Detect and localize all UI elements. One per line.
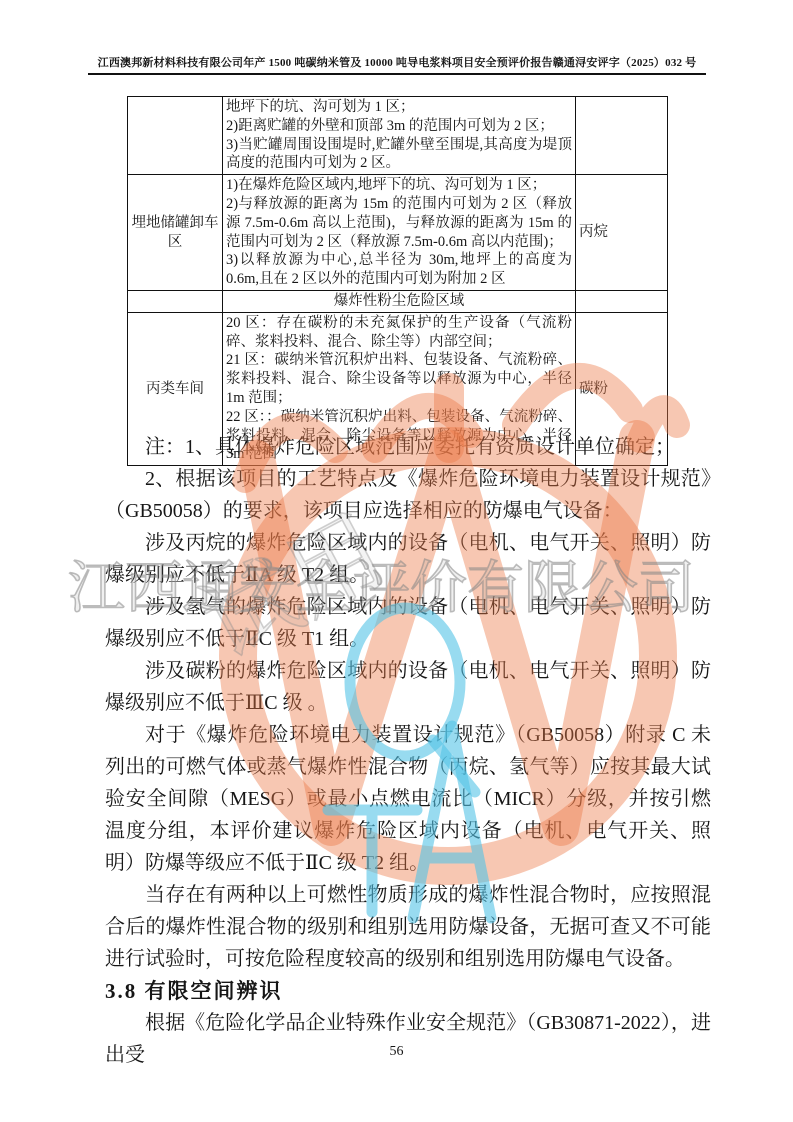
page-number: 56 [0,1044,793,1060]
para-gb50058-appendix: 对于《爆炸危险环境电力装置设计规范》（GB50058）附录 C 未列出的可燃气体… [105,719,711,879]
zone-item: 2)距离贮罐的外壁和顶部 3m 的范围内可划为 2 区； [226,117,572,136]
section-heading: 3.8 有限空间辨识 [105,975,711,1007]
table-row-dust-header: 爆炸性粉尘危险区域 [128,290,668,312]
hazard-zone-table: 地坪下的坑、沟可划为 1 区； 2)距离贮罐的外壁和顶部 3m 的范围内可划为 … [127,96,668,466]
note-2: 2、根据该项目的工艺特点及《爆炸危险环境电力装置设计规范》（GB50058）的要… [105,463,711,527]
body-text: 注：1、具体爆炸危险区域范围应委托有资质设计单位确定； 2、根据该项目的工艺特点… [105,431,711,1071]
substance-cell [576,290,668,312]
zone-cell: 地坪下的坑、沟可划为 1 区； 2)距离贮罐的外壁和顶部 3m 的范围内可划为 … [223,97,576,175]
substance-cell [576,97,668,175]
zone-item: 20 区：存在碳粉的未充氮保护的生产设备（气流粉碎、浆料投料、混合、除尘等）内部… [226,314,572,352]
para-propane: 涉及丙烷的爆炸危险区域内的设备（电机、电气开关、照明）防爆级别应不低于ⅡA 级 … [105,527,711,591]
zone-cell: 1)在爆炸危险区域内,地坪下的坑、沟可划为 1 区； 2)与释放源的距离为 15… [223,175,576,291]
para-carbon-dust: 涉及碳粉的爆炸危险区域内的设备（电机、电气开关、照明）防爆级别应不低于ⅢC 级 … [105,655,711,719]
table-row-buried-tank: 埋地储罐卸车区 1)在爆炸危险区域内,地坪下的坑、沟可划为 1 区； 2)与释放… [128,175,668,291]
area-cell [128,97,223,175]
substance-cell: 丙烷 [576,175,668,291]
note-1: 注：1、具体爆炸危险区域范围应委托有资质设计单位确定； [105,431,711,463]
zone-item: 1)在爆炸危险区域内,地坪下的坑、沟可划为 1 区； [226,176,572,195]
zone-item: 21 区：碳纳米管沉积炉出料、包装设备、气流粉碎、浆料投料、混合、除尘设备等以释… [226,351,572,407]
document-page: 江西澳邦新材料科技有限公司年产 1500 吨碳纳米管及 10000 吨导电浆料项… [0,0,793,1122]
zone-item: 地坪下的坑、沟可划为 1 区； [226,98,572,117]
area-cell: 埋地储罐卸车区 [128,175,223,291]
dust-zone-span-header: 爆炸性粉尘危险区域 [223,290,576,312]
zone-item: 3)当贮罐周围设围堤时,贮罐外壁至围堤,其高度为堤顶高度的范围内可划为 2 区。 [226,136,572,174]
zone-item: 3)以释放源为中心,总半径为 30m,地坪上的高度为 0.6m,且在 2 区以外… [226,251,572,289]
table-row-continued: 地坪下的坑、沟可划为 1 区； 2)距离贮罐的外壁和顶部 3m 的范围内可划为 … [128,97,668,175]
para-mixture: 当存在有两种以上可燃性物质形成的爆炸性混合物时，应按照混合后的爆炸性混合物的级别… [105,879,711,975]
area-cell [128,290,223,312]
para-hydrogen: 涉及氢气的爆炸危险区域内的设备（电机、电气开关、照明）防爆级别应不低于ⅡC 级 … [105,591,711,655]
para-confined-space: 根据《危险化学品企业特殊作业安全规范》（GB30871-2022），进出受 [105,1007,711,1071]
page-header-title: 江西澳邦新材料科技有限公司年产 1500 吨碳纳米管及 10000 吨导电浆料项… [88,54,706,75]
zone-item: 2)与释放源的距离为 15m 的范围内可划为 2 区（释放源 7.5m-0.6m… [226,195,572,251]
